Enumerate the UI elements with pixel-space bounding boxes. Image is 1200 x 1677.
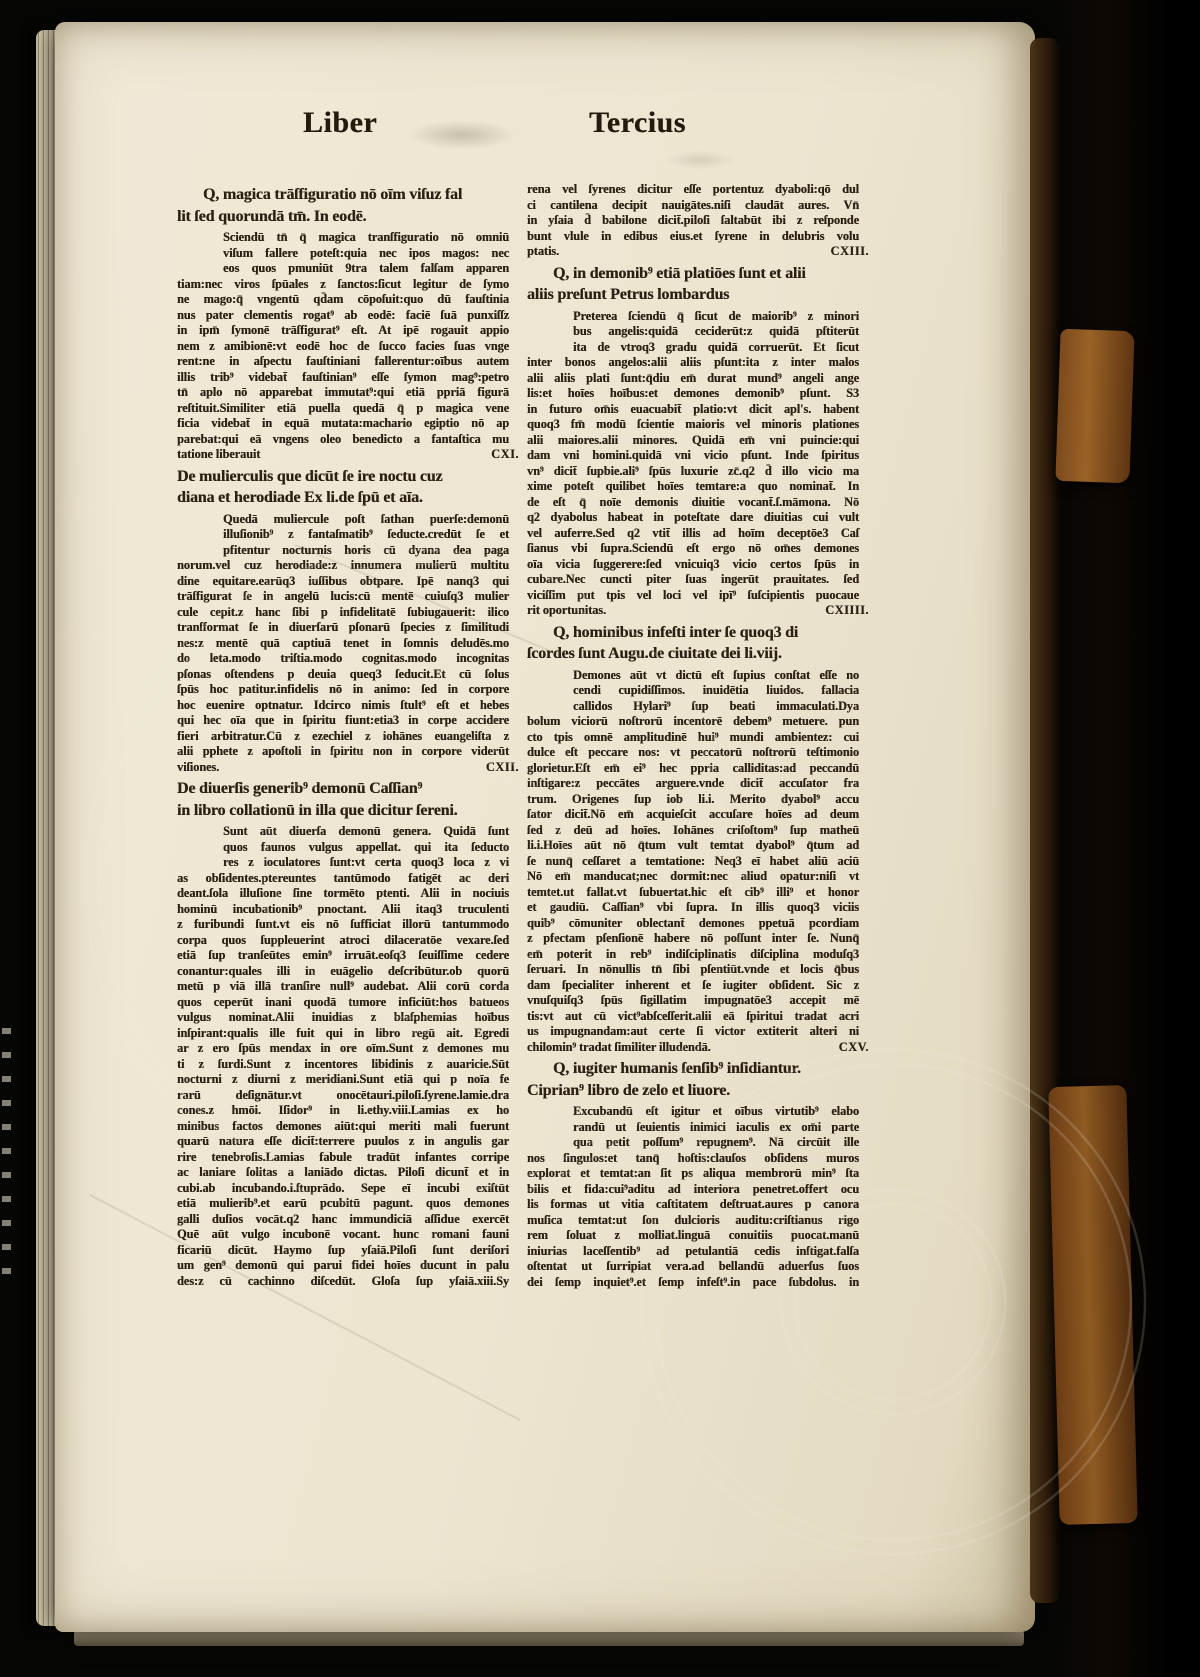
line-text: ita de vtroq3 gradu quidā corruerūt. Et … [527,340,859,356]
text-lines: Demones aūt vt dictū eſt ſupius conſtat … [527,668,869,1056]
text-block: rena vel ſyrenes dicitur eſſe portentuz … [527,182,869,260]
line-text: vn⁹ dicit̄ ſupbie.ali⁹ ſpūs luxurie zc̄.… [527,464,859,480]
text-lines: Q, iugiter humanis ſenſib⁹ inſidiantur. … [527,1058,869,1101]
line-text: Q, iugiter humanis ſenſib⁹ inſidiantur. [527,1058,859,1080]
text-line: ar z ero ſpūs mendax in ore oīm.Sunt z d… [177,1041,519,1057]
text-line: fieri arbitratur.Cū z ezechiel z iohānes… [177,729,519,745]
line-text: vel auferre.Sed q2 vtit̄ illis ad hoīm d… [527,526,859,542]
line-text: callidos Hylari⁹ ſup beati immaculati.Dy… [527,699,859,715]
line-text: alii aliis plati ſunt:q̄diu em̄ durat mu… [527,371,859,387]
line-text: viſum fallere poteſt:quia nec ipos magos… [177,246,509,262]
text-line: Q, hominibus infeſti inter ſe quoq3 di [527,622,869,644]
text-line: temtet.ut fallat.vt ſubuertat.hic eſt ci… [527,885,869,901]
line-text: quoq3 fm̄ modū ſcientie maioris vel mino… [527,417,859,433]
text-line: Preterea ſciendū q̄ ſicut de maiorib⁹ z … [527,309,869,325]
chapter-numeral: CXIII. [831,244,869,260]
text-line: bus angelis:quidā ceciderūt:z quidā pſti… [527,324,869,340]
text-line: inſtigare:z peccātes arguere.vnde dicit̄… [527,776,869,792]
text-line: randū ut ſeuientis inimici iaculis ex om… [527,1120,869,1136]
text-line: ſator dicit̄.Nō em̄ acquieſcit accuſare … [527,807,869,823]
text-line: ſeruari. In nōnullis tn̄ ſibi pſentiūt.v… [527,962,869,978]
text-line: um gen⁹ demonū qui parui fidei hoīes duc… [177,1258,519,1274]
line-text: etiā ſup tranſeūtes emin⁹ irruāt.eoſq3 ſ… [177,948,509,964]
line-text: trum. Origenes ſup iob li.i. Merito dyab… [527,792,859,808]
text-block: Sciendū tn̄ q̄ magica tranſfiguratio nō … [177,230,519,463]
text-lines: Sciendū tn̄ q̄ magica tranſfiguratio nō … [177,230,519,463]
line-text: ptatis. [527,244,821,260]
text-line: hominū incubationib⁹ pnoctant. Alii itaq… [177,902,519,918]
text-line: ti z ſurdi.Sunt z incentores libidinis z… [177,1057,519,1073]
line-text: minibus factos demones aiūt:qui meriti m… [177,1119,509,1135]
line-text: Nō em̄ manducat;nec dormit:nec aliud opa… [527,869,859,885]
line-text: vulgus nominat.Alii inuidias z blaſphemi… [177,1010,509,1026]
line-text: rire tenebroſis.Lamias fabule tradūt inf… [177,1150,509,1166]
text-lines: De diuerſis generib⁹ demonū Caſſian⁹ in … [177,778,519,821]
line-text: in futuro om̄is euacuabit̄ platio:vt dic… [527,402,859,418]
text-line: qui hec oīa que in ſpiritu fiunt:etia3 i… [177,713,519,729]
line-text: viſiones. [177,760,476,776]
line-text: explorat et temtat:an ſit ps aliqua memb… [527,1166,859,1182]
line-text: pfitentur nocturnis horis cū dyana dea p… [177,543,509,559]
text-lines: Q, magica trāſfiguratio nō oīm viſuz fal… [177,184,519,227]
text-column-right: rena vel ſyrenes dicitur eſſe portentuz … [527,182,869,1293]
leather-strap-bottom [1048,1085,1137,1525]
line-text: Q, magica trāſfiguratio nō oīm viſuz fal [177,184,509,206]
text-line: do leta.modo triſtia.modo cognitas.modo … [177,651,519,667]
line-text: in ipm̄ ſymonē trāſfigurat⁹ eſt. At ipē … [177,323,509,339]
text-line: lis:et hoīes hoībus:et demones demonib⁹ … [527,386,869,402]
line-text: ficia videbat̄ in equā mutata:machario e… [177,416,509,432]
chapter-numeral: CXIIII. [825,603,869,619]
text-line: xime poteſt quilibet hoīes temtare:a quo… [527,479,869,495]
text-line: as obſidentes.ptereuntes tantūmodo fatig… [177,871,519,887]
text-line: diana et herodiade Ex li.de ſpū et aīa. [177,487,519,509]
line-text: cendi cupidiſſimos. inuidētia liuidos. f… [527,683,859,699]
text-line: muſica temtat:ut ſon dulcioris auditu:cr… [527,1213,869,1229]
text-line: Quedā muliercule poſt ſathan puerſe:demo… [177,512,519,528]
text-block: Q, hominibus infeſti inter ſe quoq3 di ſ… [527,622,869,665]
text-line: des:z cū cachinno diſcedūt. Gloſa ſup yſ… [177,1274,519,1290]
text-line: bunt vlule in edibus eius.et ſyrene in d… [527,229,869,245]
line-text: rem ſoluat z molliat.linguā conuitiis pu… [527,1228,859,1244]
line-text: rarū deſignātur.vt onocētauri.piloſi.ſyr… [177,1088,509,1104]
line-text: Excubandū eſt igitur et oībus virtutib⁹ … [527,1104,859,1120]
text-line: Quē aūt vulgo incubonē vocant. hunc roma… [177,1227,519,1243]
text-line: tn̄ aplo nō apparebat immutat⁹:qui etiā … [177,385,519,401]
text-block: Excubandū eſt igitur et oībus virtutib⁹ … [527,1104,869,1290]
line-text: dei ſemp inquiet⁹.et ſemp infeſt⁹.in pac… [527,1275,859,1291]
text-line: in ipm̄ ſymonē trāſfigurat⁹ eſt. At ipē … [177,323,519,339]
line-text: corpa quos ſuppleuerint atroci dilacerat… [177,933,509,949]
text-line: tatione liberauit CXI. [177,447,519,463]
line-text: inſtigare:z peccātes arguere.vnde dicit̄… [527,776,859,792]
line-text: iniurias laceſſentib⁹ ad petulantiā cedi… [527,1244,859,1260]
line-text: ac laniare ſolitas a laniādo dictas. Pil… [177,1165,509,1181]
line-text: em̄ poterit in reb⁹ indiſciplinatis diſc… [527,947,859,963]
running-title-liber: Liber [303,106,377,140]
line-text: ſed z deū ad hoīes. Iohānes criſoſtom⁹ ſ… [527,823,859,839]
text-line: ſe nunq̄ ceſſaret a temtatione: Neq3 eī … [527,854,869,870]
line-text: do leta.modo triſtia.modo cognitas.modo … [177,651,509,667]
line-text: chilomin⁹ tradat ſimiliter illudendā. [527,1040,829,1056]
text-line: norum.vel cuz herodiade:z innumera mulie… [177,558,519,574]
text-block: Preterea ſciendū q̄ ſicut de maiorib⁹ z … [527,309,869,619]
text-line: Sunt aūt diuerſa demonū genera. Quidā ſu… [177,824,519,840]
text-line: vn⁹ dicit̄ ſupbie.ali⁹ ſpūs luxurie zc̄.… [527,464,869,480]
text-line: parebat:qui eā vngens oleo benedicto a f… [177,432,519,448]
text-line: vnuſquiſq3 ſpūs ſigillatim impugnatōe3 a… [527,993,869,1009]
text-line: pfitentur nocturnis horis cū dyana dea p… [177,543,519,559]
text-line: etiā ſup tranſeūtes emin⁹ irruāt.eoſq3 ſ… [177,948,519,964]
text-line: inter bonos angelos:alii aliis pſunt:ita… [527,355,869,371]
text-line: ſcordes ſunt Augu.de ciuitate dei li.vii… [527,643,869,665]
text-line: Demones aūt vt dictū eſt ſupius conſtat … [527,668,869,684]
text-line: lis formas ut vitia caſtitatem deſtruat.… [527,1197,869,1213]
line-text: cubi.ab incubando.i.ſtuprādo. Sepe eī in… [177,1181,509,1197]
text-line: hoc euenire optnatur. Idcirco nimis ſtul… [177,698,519,714]
text-line: q2 dyabolus habeat in poteſtate dare diu… [527,510,869,526]
text-line: in libro collationū in illa que dicitur … [177,800,519,822]
text-line: trāſfigurat ſe in angelū lucis:cū mentē … [177,589,519,605]
text-column-left: Q, magica trāſfiguratio nō oīm viſuz fal… [177,182,519,1292]
line-text: nocturni z diurni z meridiani.Sunt etiā … [177,1072,509,1088]
text-line: quos faunos vulgus appellat. qui ita ſed… [177,840,519,856]
text-block: Q, iugiter humanis ſenſib⁹ inſidiantur. … [527,1058,869,1101]
text-line: cones.z hmōi. Iſidor⁹ in li.ethy.viii.La… [177,1103,519,1119]
chapter-numeral: CXII. [486,760,519,776]
line-text: galli duſios vocāt.q2 hanc immundiciā aſ… [177,1212,509,1228]
text-line: alii pphete z apoſtoli in ſpiritu non in… [177,744,519,760]
line-text: um gen⁹ demonū qui parui fidei hoīes duc… [177,1258,509,1274]
line-text: des:z cū cachinno diſcedūt. Gloſa ſup yſ… [177,1274,509,1290]
line-text: hominū incubationib⁹ pnoctant. Alii itaq… [177,902,509,918]
line-text: nem z amibionē:vt eodē hoc de ſucco faci… [177,339,509,355]
text-line: nem z amibionē:vt eodē hoc de ſucco faci… [177,339,519,355]
line-text: cones.z hmōi. Iſidor⁹ in li.ethy.viii.La… [177,1103,509,1119]
text-line: Sciendū tn̄ q̄ magica tranſfiguratio nō … [177,230,519,246]
text-line: Q, magica trāſfiguratio nō oīm viſuz fal [177,184,519,206]
text-line: viciſſim put tpis vel loci vel ipī⁹ ſuſc… [527,588,869,604]
line-text: de eſt q̄ noīe demonis diuitie vocant̄.ſ… [527,495,859,511]
text-line: rent:ne in aſpectu fauſtiniani fallerent… [177,354,519,370]
line-text: glorietur.Eſt em̄ ei⁹ hec ppria callidit… [527,761,859,777]
text-lines: Q, hominibus infeſti inter ſe quoq3 di ſ… [527,622,869,665]
line-text: Q, hominibus infeſti inter ſe quoq3 di [527,622,859,644]
line-text: in yſaia d̄ babilone dicit̄.piloſi ſalta… [527,213,859,229]
line-text: deant.ſola illuſione ſine tormēto ptenti… [177,886,509,902]
page-stain [407,120,517,150]
text-line: dine equitare.earūq3 iuſſibus obtpare. I… [177,574,519,590]
text-lines: Quedā muliercule poſt ſathan puerſe:demo… [177,512,519,776]
line-text: dam vni homini.quidā vni vicio pſunt. In… [527,448,859,464]
line-text: temtet.ut fallat.vt ſubuertat.hic eſt ci… [527,885,859,901]
line-text: ficariū dicūt. Haymo ſup yſaiā.Piloſi ſu… [177,1243,509,1259]
text-line: viſum fallere poteſt:quia nec ipos magos… [177,246,519,262]
line-text: aliis preſunt Petrus lombardus [527,284,859,306]
text-line: nus pater clementis rogat⁹ ab eodē: faci… [177,308,519,324]
line-text: illuſionib⁹ z fantaſmatib⁹ ſeducte.credū… [177,527,509,543]
line-text: inſpirant:qualis ille fuit qui in libro … [177,1026,509,1042]
line-text: tatione liberauit [177,447,481,463]
text-line: ſpūs hoc patitur.infidelis nō in animo: … [177,682,519,698]
text-line: in yſaia d̄ babilone dicit̄.piloſi ſalta… [527,213,869,229]
text-line: explorat et temtat:an ſit ps aliqua memb… [527,1166,869,1182]
line-text: ſpūs hoc patitur.infidelis nō in animo: … [177,682,509,698]
text-block: De mulierculis que dicūt ſe ire noctu cu… [177,466,519,509]
text-line: pſonas oſtendens p deuia queq3 ſeducit.E… [177,667,519,683]
text-line: glorietur.Eſt em̄ ei⁹ hec ppria callidit… [527,761,869,777]
text-line: de eſt q̄ noīe demonis diuitie vocant̄.ſ… [527,495,869,511]
line-text: illis trib⁹ videbat̄ fauſtinian⁹ eſſe ſy… [177,370,509,386]
line-text: ne mago:q̄ vngentū qd̄am cōpoſuit:quo dū… [177,292,509,308]
line-text: z furibundi ſunt.vt eis nō ſufficiat ill… [177,917,509,933]
line-text: rena vel ſyrenes dicitur eſſe portentuz … [527,182,859,198]
line-text: Quē aūt vulgo incubonē vocant. hunc roma… [177,1227,509,1243]
line-text: Quedā muliercule poſt ſathan puerſe:demo… [177,512,509,528]
text-block: Quedā muliercule poſt ſathan puerſe:demo… [177,512,519,776]
line-text: Preterea ſciendū q̄ ſicut de maiorib⁹ z … [527,309,859,325]
text-line: us impugnandam:aut certe ſi victor extit… [527,1024,869,1040]
text-line: alii aliis plati ſunt:q̄diu em̄ durat mu… [527,371,869,387]
line-text: ſeruari. In nōnullis tn̄ ſibi pſentiūt.v… [527,962,859,978]
line-text: lis:et hoīes hoībus:et demones demonib⁹ … [527,386,859,402]
text-line: ita de vtroq3 gradu quidā corruerūt. Et … [527,340,869,356]
book-page: Liber Tercius Q, magica trāſfiguratio nō… [55,22,1035,1632]
text-line: corpa quos ſuppleuerint atroci dilacerat… [177,933,519,949]
line-text: conantur:quales illi in euāgelio deſcrib… [177,964,509,980]
text-line: nes:z mentē quā captiuā tenet in ſomnis … [177,636,519,652]
line-text: us impugnandam:aut certe ſi victor extit… [527,1024,859,1040]
line-text: lit ſed quorundā tm̄. In eodē. [177,206,509,228]
line-text: nus pater clementis rogat⁹ ab eodē: faci… [177,308,509,324]
text-line: qua petit poſſum⁹ repugnem⁹. Nā circūit … [527,1135,869,1151]
text-line: iniurias laceſſentib⁹ ad petulantiā cedi… [527,1244,869,1260]
line-text: cule cepit.z hanc ſibi p infidelitatē ſu… [177,605,509,621]
text-line: De diuerſis generib⁹ demonū Caſſian⁹ [177,778,519,800]
line-text: rit oportunitas. [527,603,815,619]
text-line: chilomin⁹ tradat ſimiliter illudendā. CX… [527,1040,869,1056]
line-text: alii pphete z apoſtoli in ſpiritu non in… [177,744,509,760]
line-text: parebat:qui eā vngens oleo benedicto a f… [177,432,509,448]
text-line: callidos Hylari⁹ ſup beati immaculati.Dy… [527,699,869,715]
text-line: et gaudiū. Caſſian⁹ vbi ſupra. In illis … [527,900,869,916]
text-line: rem ſoluat z molliat.linguā conuitiis pu… [527,1228,869,1244]
text-line: rit oportunitas. CXIIII. [527,603,869,619]
text-line: nos ſingulos:et tanq̄ hoſtis:clauſos obſ… [527,1151,869,1167]
line-text: tis:vt aut cū vict⁹abſceſſerit.alii eā ſ… [527,1009,859,1025]
text-line: Q, in demonib⁹ etiā platiōes ſunt et ali… [527,263,869,285]
text-line: quarū natura eſſe dicit̄:terrere puulos … [177,1134,519,1150]
line-text: qua petit poſſum⁹ repugnem⁹. Nā circūit … [527,1135,859,1151]
text-line: res z ioculatores ſunt:vt certa quoq3 lo… [177,855,519,871]
line-text: rent:ne in aſpectu fauſtiniani fallerent… [177,354,509,370]
line-text: De diuerſis generib⁹ demonū Caſſian⁹ [177,778,509,800]
line-text: quib⁹ cōmuniter oblectant̄ demones ppetu… [527,916,859,932]
text-line: vel auferre.Sed q2 vtit̄ illis ad hoīm d… [527,526,869,542]
chapter-numeral: CXI. [491,447,519,463]
line-text: trāſfigurat ſe in angelū lucis:cū mentē … [177,589,509,605]
line-text: diana et herodiade Ex li.de ſpū et aīa. [177,487,509,509]
text-line: illuſionib⁹ z fantaſmatib⁹ ſeducte.credū… [177,527,519,543]
text-line: inſpirant:qualis ille fuit qui in libro … [177,1026,519,1042]
chapter-numeral: CXV. [839,1040,869,1056]
line-text: z pfectam pſenſionē habere nō poſſunt in… [527,931,859,947]
text-line: trum. Origenes ſup iob li.i. Merito dyab… [527,792,869,808]
line-text: dine equitare.earūq3 iuſſibus obtpare. I… [177,574,509,590]
text-line: quos ceperūt inani quodā tumore inficiūt… [177,995,519,1011]
text-line: lit ſed quorundā tm̄. In eodē. [177,206,519,228]
text-line: ac laniare ſolitas a laniādo dictas. Pil… [177,1165,519,1181]
text-line: ci cantilena decipit nauigātes.niſi clau… [527,198,869,214]
line-text: qui hec oīa que in ſpiritu fiunt:etia3 i… [177,713,509,729]
text-line: tis:vt aut cū vict⁹abſceſſerit.alii eā ſ… [527,1009,869,1025]
line-text: ſcordes ſunt Augu.de ciuitate dei li.vii… [527,643,859,665]
text-line: cule cepit.z hanc ſibi p infidelitatē ſu… [177,605,519,621]
text-lines: Q, in demonib⁹ etiā platiōes ſunt et ali… [527,263,869,306]
text-line: oſtentat ut ſurripiat vera.ad bellandū a… [527,1259,869,1275]
text-lines: Sunt aūt diuerſa demonū genera. Quidā ſu… [177,824,519,1289]
line-text: tn̄ aplo nō apparebat immutat⁹:qui etiā … [177,385,509,401]
line-text: bunt vlule in edibus eius.et ſyrene in d… [527,229,859,245]
running-title-tercius: Tercius [589,106,686,140]
text-line: De mulierculis que dicūt ſe ire noctu cu… [177,466,519,488]
line-text: inter bonos angelos:alii aliis pſunt:ita… [527,355,859,371]
text-line: aliis preſunt Petrus lombardus [527,284,869,306]
text-line: galli duſios vocāt.q2 hanc immundiciā aſ… [177,1212,519,1228]
text-line: quib⁹ cōmuniter oblectant̄ demones ppetu… [527,916,869,932]
text-line: ficariū dicūt. Haymo ſup yſaiā.Piloſi ſu… [177,1243,519,1259]
line-text: bilis et fida:cui⁹aditu ad interiora pen… [527,1182,859,1198]
line-text: hoc euenire optnatur. Idcirco nimis ſtul… [177,698,509,714]
line-text: et gaudiū. Caſſian⁹ vbi ſupra. In illis … [527,900,859,916]
line-text: alii maiores.alii minores. Quidā em̄ vni… [527,433,859,449]
text-line: minibus factos demones aiūt:qui meriti m… [177,1119,519,1135]
line-text: tranſformat ſe in diuerſarū pſonarū ſpec… [177,620,509,636]
line-text: muſica temtat:ut ſon dulcioris auditu:cr… [527,1213,859,1229]
line-text: q2 dyabolus habeat in poteſtate dare diu… [527,510,859,526]
text-line: cubi.ab incubando.i.ſtuprādo. Sepe eī in… [177,1181,519,1197]
text-line: eos quos pmuniūt 9tra talem falſam appar… [177,261,519,277]
line-text: quos ceperūt inani quodā tumore inficiūt… [177,995,509,1011]
line-text: cto tpis omnē amplitudinē hui⁹ mundi amb… [527,730,859,746]
line-text: vnuſquiſq3 ſpūs ſigillatim impugnatōe3 a… [527,993,859,1009]
text-line: viſiones. CXII. [177,760,519,776]
text-line: cendi cupidiſſimos. inuidētia liuidos. f… [527,683,869,699]
line-text: lis formas ut vitia caſtitatem deſtruat.… [527,1197,859,1213]
line-text: quos faunos vulgus appellat. qui ita ſed… [177,840,509,856]
page-stain [665,150,735,170]
text-line: Ciprian⁹ libro de zelo et liuore. [527,1080,869,1102]
text-line: tranſformat ſe in diuerſarū pſonarū ſpec… [177,620,519,636]
leather-strap-top [1055,329,1134,483]
text-line: dam vni homini.quidā vni vicio pſunt. In… [527,448,869,464]
text-line: bolum viciorū noſtrorū incentorē debem⁹ … [527,714,869,730]
line-text: randū ut ſeuientis inimici iaculis ex om… [527,1120,859,1136]
text-line: dam ſpecialiter inherent et ſe iugiter o… [527,978,869,994]
marginal-ink-marks [2,1028,11,1290]
line-text: dam ſpecialiter inherent et ſe iugiter o… [527,978,859,994]
text-line: bilis et fida:cui⁹aditu ad interiora pen… [527,1182,869,1198]
text-lines: De mulierculis que dicūt ſe ire noctu cu… [177,466,519,509]
text-line: ne mago:q̄ vngentū qd̄am cōpoſuit:quo dū… [177,292,519,308]
text-line: ficia videbat̄ in equā mutata:machario e… [177,416,519,432]
text-line: Nō em̄ manducat;nec dormit:nec aliud opa… [527,869,869,885]
text-lines: Preterea ſciendū q̄ ſicut de maiorib⁹ z … [527,309,869,619]
text-line: vulgus nominat.Alii inuidias z blaſphemi… [177,1010,519,1026]
text-block: Demones aūt vt dictū eſt ſupius conſtat … [527,668,869,1056]
text-lines: Excubandū eſt igitur et oībus virtutib⁹ … [527,1104,869,1290]
line-text: Sciendū tn̄ q̄ magica tranſfiguratio nō … [177,230,509,246]
text-line: conantur:quales illi in euāgelio deſcrib… [177,964,519,980]
text-line: z pfectam pſenſionē habere nō poſſunt in… [527,931,869,947]
line-text: cubare.Nec cuncti piter ſuas ingerūt pra… [527,572,859,588]
book-bottom-edge [74,1630,1024,1646]
text-line: reſtituit.Similiter etiā puella quedā q̄… [177,401,519,417]
text-line: in futuro om̄is euacuabit̄ platio:vt dic… [527,402,869,418]
text-line: Q, iugiter humanis ſenſib⁹ inſidiantur. [527,1058,869,1080]
text-line: z furibundi ſunt.vt eis nō ſufficiat ill… [177,917,519,933]
line-text: in libro collationū in illa que dicitur … [177,800,509,822]
line-text: bus angelis:quidā ceciderūt:z quidā pſti… [527,324,859,340]
text-line: rena vel ſyrenes dicitur eſſe portentuz … [527,182,869,198]
text-line: rire tenebroſis.Lamias fabule tradūt inf… [177,1150,519,1166]
line-text: Ciprian⁹ libro de zelo et liuore. [527,1080,859,1102]
line-text: oīa vicia ſuggerere:ſed vnicuiq3 vicio c… [527,557,859,573]
text-lines: rena vel ſyrenes dicitur eſſe portentuz … [527,182,869,260]
text-line: oīa vicia ſuggerere:ſed vnicuiq3 vicio c… [527,557,869,573]
text-line: ſianus vbi ſupra.Sciendū eſt ergo nō om̄… [527,541,869,557]
text-line: ptatis. CXIII. [527,244,869,260]
line-text: pſonas oſtendens p deuia queq3 ſeducit.E… [177,667,509,683]
text-block: Sunt aūt diuerſa demonū genera. Quidā ſu… [177,824,519,1289]
text-line: etiā mulierib⁹.et earū pcubitū pagunt. q… [177,1196,519,1212]
text-block: Q, in demonib⁹ etiā platiōes ſunt et ali… [527,263,869,306]
text-line: metū p viā illā tranſire null⁹ audebat. … [177,979,519,995]
text-line: li.i.Hoīes aūt nō q̄tum vult temtat dyab… [527,838,869,854]
photo-background: Liber Tercius Q, magica trāſfiguratio nō… [0,0,1200,1677]
text-line: nocturni z diurni z meridiani.Sunt etiā … [177,1072,519,1088]
line-text: eos quos pmuniūt 9tra talem falſam appar… [177,261,509,277]
text-block: De diuerſis generib⁹ demonū Caſſian⁹ in … [177,778,519,821]
line-text: as obſidentes.ptereuntes tantūmodo fatig… [177,871,509,887]
text-block: Q, magica trāſfiguratio nō oīm viſuz fal… [177,184,519,227]
line-text: li.i.Hoīes aūt nō q̄tum vult temtat dyab… [527,838,859,854]
text-line: dulce eſt peccare nos: vt peccatorū noſt… [527,745,869,761]
text-line: Excubandū eſt igitur et oībus virtutib⁹ … [527,1104,869,1120]
line-text: reſtituit.Similiter etiā puella quedā q̄… [177,401,509,417]
line-text: tiam:nec viros ſpūales z ſanctos:ſicut l… [177,277,509,293]
line-text: ſianus vbi ſupra.Sciendū eſt ergo nō om̄… [527,541,859,557]
text-line: cubare.Nec cuncti piter ſuas ingerūt pra… [527,572,869,588]
line-text: oſtentat ut ſurripiat vera.ad bellandū a… [527,1259,859,1275]
text-line: ſed z deū ad hoīes. Iohānes criſoſtom⁹ ſ… [527,823,869,839]
line-text: quarū natura eſſe dicit̄:terrere puulos … [177,1134,509,1150]
line-text: res z ioculatores ſunt:vt certa quoq3 lo… [177,855,509,871]
text-line: rarū deſignātur.vt onocētauri.piloſi.ſyr… [177,1088,519,1104]
text-line: cto tpis omnē amplitudinē hui⁹ mundi amb… [527,730,869,746]
line-text: ſator dicit̄.Nō em̄ acquieſcit accuſare … [527,807,859,823]
line-text: ci cantilena decipit nauigātes.niſi clau… [527,198,859,214]
line-text: De mulierculis que dicūt ſe ire noctu cu… [177,466,509,488]
text-line: em̄ poterit in reb⁹ indiſciplinatis diſc… [527,947,869,963]
line-text: xime poteſt quilibet hoīes temtare:a quo… [527,479,859,495]
text-line: alii maiores.alii minores. Quidā em̄ vni… [527,433,869,449]
line-text: nes:z mentē quā captiuā tenet in ſomnis … [177,636,509,652]
text-line: quoq3 fm̄ modū ſcientie maioris vel mino… [527,417,869,433]
line-text: ſe nunq̄ ceſſaret a temtatione: Neq3 eī … [527,854,859,870]
line-text: ti z ſurdi.Sunt z incentores libidinis z… [177,1057,509,1073]
line-text: metū p viā illā tranſire null⁹ audebat. … [177,979,509,995]
